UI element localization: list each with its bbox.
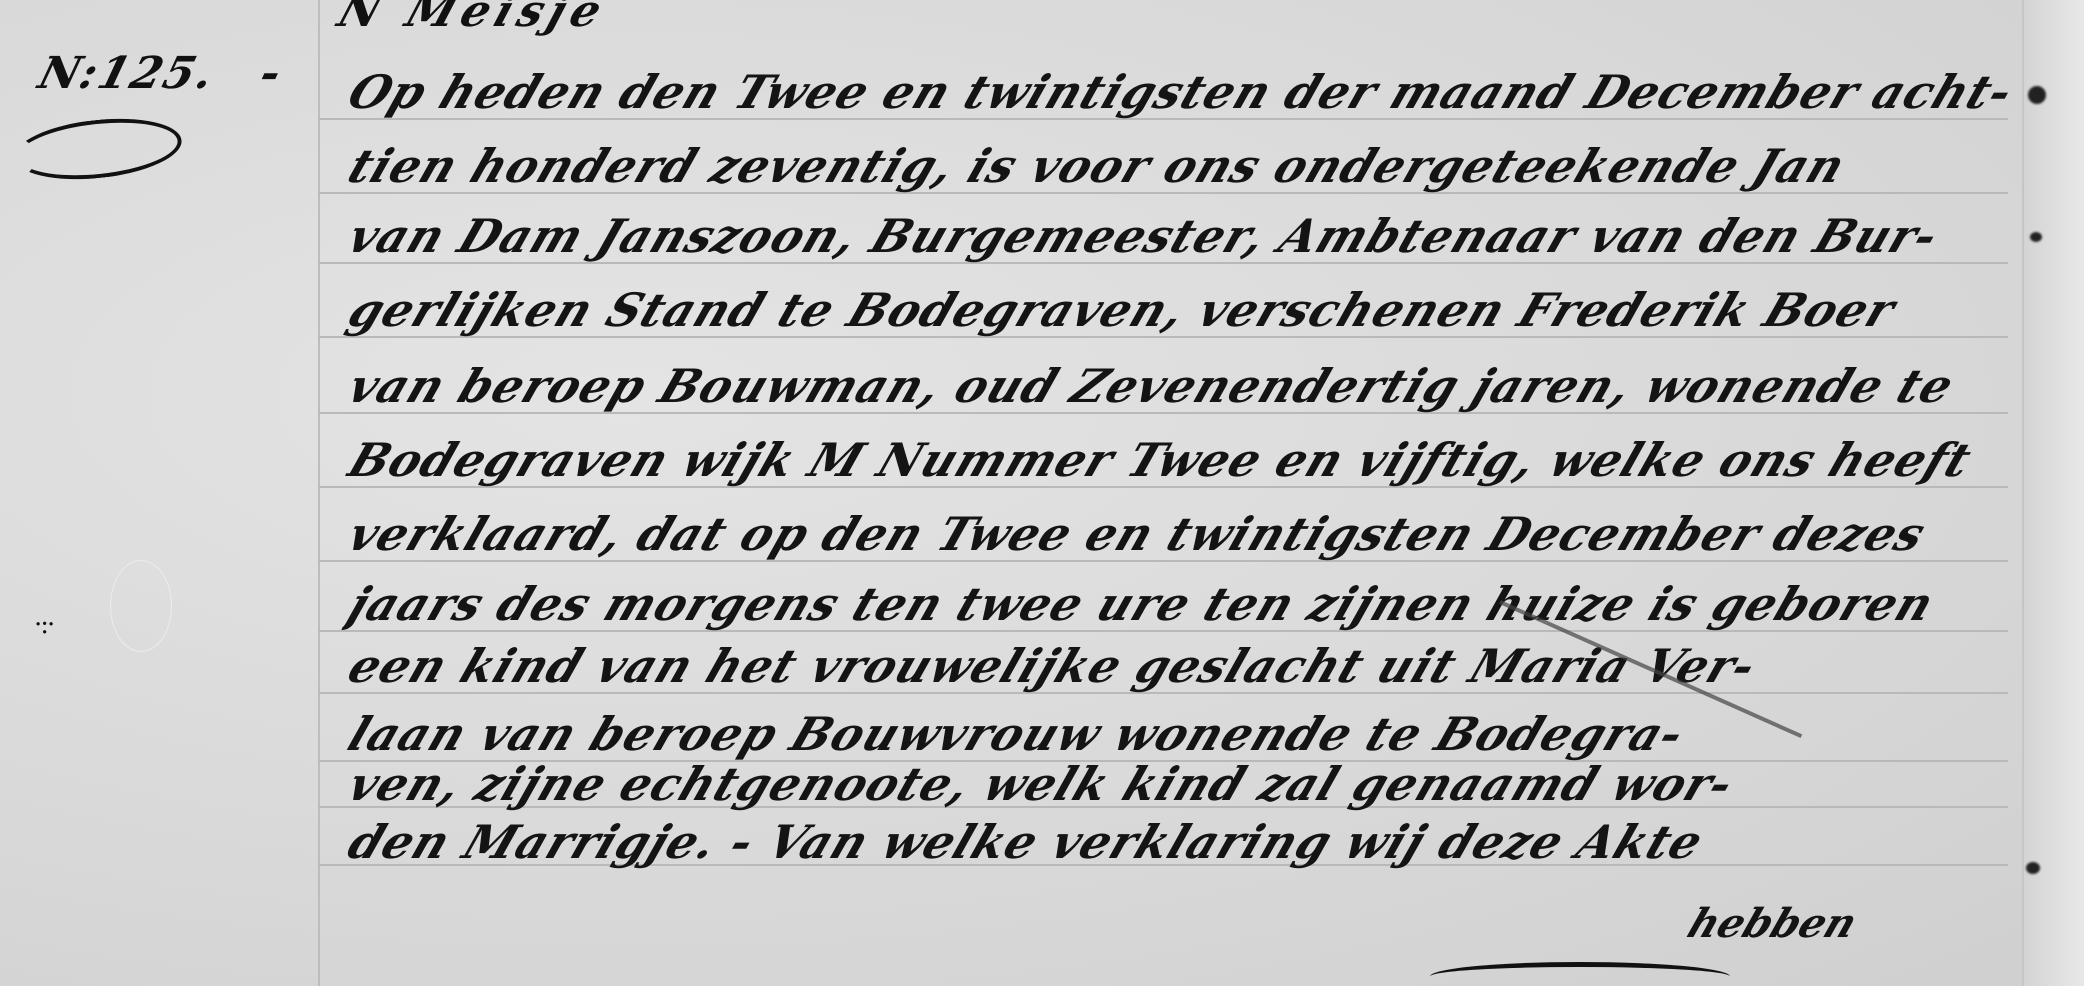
ink-blot (2026, 862, 2040, 874)
margin-ink-mark: ·:· (34, 610, 53, 640)
text-line-12: den Marrigje. - Van welke verklaring wij… (340, 812, 2022, 872)
text-line-2: tien honderd zeventig, is voor ons onder… (340, 136, 2022, 196)
ink-blot (2030, 232, 2042, 242)
page-edge-strip (2022, 0, 2084, 986)
paper-stain-ring (110, 560, 172, 652)
act-number-flourish (11, 111, 184, 186)
text-line-4: gerlijken Stand te Bodegraven, verschene… (340, 280, 2022, 340)
text-line-3: van Dam Janszoon, Burgemeester, Ambtenaa… (340, 206, 2022, 266)
act-number-text: N:125. (33, 48, 221, 99)
margin-rule (318, 0, 320, 986)
closing-word: hebben (1681, 900, 1863, 947)
act-number-dash: - (255, 48, 289, 99)
ink-blot (2028, 86, 2046, 104)
text-line-9: een kind van het vrouwelijke geslacht ui… (340, 636, 2022, 696)
previous-record-fragment: N Meisje (332, 0, 614, 37)
scanned-document-page: N Meisje N:125. - ·:· Op heden den Twee … (0, 0, 2084, 986)
text-line-7: verklaard, dat op den Twee en twintigste… (340, 504, 2022, 564)
text-line-1: Op heden den Twee en twintigsten der maa… (340, 62, 2022, 122)
text-line-11: ven, zijne echtgenoote, welk kind zal ge… (340, 754, 2022, 814)
text-line-5: van beroep Bouwman, oud Zevenendertig ja… (340, 356, 2022, 416)
text-line-8: jaars des morgens ten twee ure ten zijne… (340, 574, 2022, 634)
act-number: N:125. - (33, 48, 288, 99)
text-line-6: Bodegraven wijk M Nummer Twee en vijftig… (340, 430, 2022, 490)
closing-flourish (1430, 962, 1730, 986)
